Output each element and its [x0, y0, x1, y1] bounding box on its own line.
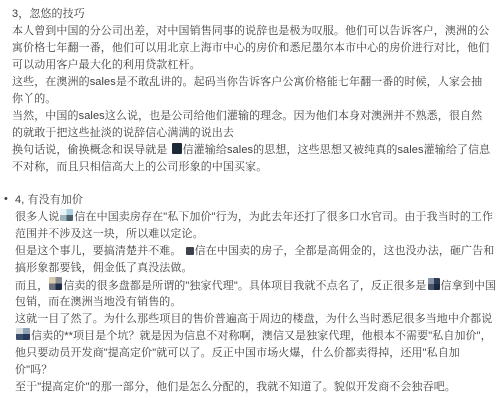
text-segment: 但是这个事儿，要搞清楚并不难。 — [15, 245, 185, 257]
text-segment: 寓价格七年翻一番，他们可以用北京上海市中心的房价和悉尼墨尔本市中心的房价进行对比… — [12, 42, 489, 54]
text-segment: 他只要动员开发商"提高定价"就可以了。反正中国市场火爆，什么价都卖得掉，还用"私… — [15, 347, 460, 359]
text-segment: 可以动用客户最大化的利用贷款杠杆。 — [12, 59, 201, 71]
text-segment: 至于"提高定价"的那一部分，他们是怎么分配的，我就不知道了。貌似开发商不会独吞吧… — [15, 381, 456, 393]
text-line: 当然，中国的sales这么说，也是公司给他们灌输的理念。因为他们本身对澳洲并不熟… — [12, 108, 499, 125]
text-line: 这些，在澳洲的sales是不敢乱讲的。起码当你告诉客户公寓价格能七年翻一番的时候… — [12, 74, 499, 91]
text-segment: 信卖的很多盘都是所谓的"独家代理"。具体项目我就不点名了，反正很多是 — [63, 280, 426, 292]
text-segment: 当然，中国的sales这么说，也是公司给他们灌输的理念。因为他们本身对澳洲并不熟… — [12, 110, 482, 122]
text-segment: 信灌输给sales的思想，这些思想又被纯真的sales灌输给了信息 — [183, 144, 491, 156]
text-segment: 范围并不涉及这一块，所以难以定论。 — [15, 228, 204, 240]
section-title-line: 3，忽悠的技巧 — [12, 6, 499, 23]
article-text: 3，忽悠的技巧本人曾到中国的分公司出差，对中国销售同事的说辞也是极为叹服。他们可… — [0, 6, 499, 396]
redaction-block — [186, 247, 194, 255]
section-4: •4, 有没有加价很多人说信在中国卖房存在"私下加价"行为，为此去年还打了很多口… — [15, 192, 499, 396]
text-segment: 的就敢于把这些扯淡的说辞信心满满的说出去 — [12, 127, 234, 139]
list-bullet: • — [4, 193, 8, 205]
text-line: 不对称，而且只相信高大上的公司形象的中国买家。 — [12, 159, 499, 176]
text-segment: 信在中国卖的房子，全都是高佣金的，这也没办法，砸广告和 — [195, 245, 495, 257]
text-line: 可以动用客户最大化的利用贷款杠杆。 — [12, 57, 499, 74]
text-segment: 信在中国卖房存在"私下加价"行为，为此去年还打了很多口水官司。由于我当时的工作 — [74, 211, 493, 223]
section-3: 3，忽悠的技巧本人曾到中国的分公司出差，对中国销售同事的说辞也是极为叹服。他们可… — [12, 6, 499, 176]
text-line: 寓价格七年翻一番，他们可以用北京上海市中心的房价和悉尼墨尔本市中心的房价进行对比… — [12, 40, 499, 57]
text-line: 换句话说，偷换概念和误导就是 信灌输给sales的思想，这些思想又被纯真的sal… — [12, 142, 499, 159]
text-segment: 这些，在澳洲的sales是不敢乱讲的。起码当你告诉客户公寓价格能七年翻一番的时候… — [12, 76, 482, 88]
text-line: 本人曾到中国的分公司出差，对中国销售同事的说辞也是极为叹服。他们可以告诉客户，澳… — [12, 23, 499, 40]
text-segment: 4, 有没有加价 — [15, 194, 83, 206]
text-segment: 你丫的。 — [12, 93, 56, 105]
text-segment: 价"吗？ — [15, 364, 52, 376]
redaction-block — [428, 278, 440, 290]
text-line: 很多人说信在中国卖房存在"私下加价"行为，为此去年还打了很多口水官司。由于我当时… — [15, 209, 499, 226]
text-line: 搞形象都要钱，佣金低了真没法做。 — [15, 260, 499, 277]
text-segment: 包销，而在澳洲当地没有销售的。 — [15, 296, 182, 308]
text-segment: 信卖的**项目是个坑？就是因为信息不对称啊，澳信又是独家代理，他根本不需要"私自… — [31, 330, 492, 342]
text-line: 你丫的。 — [12, 91, 499, 108]
text-segment: 不对称，而且只相信高大上的公司形象的中国买家。 — [12, 161, 267, 173]
text-segment: 换句话说，偷换概念和误导就是 — [12, 144, 171, 156]
text-segment: 信拿到中国 — [441, 280, 497, 292]
text-line: 价"吗？ — [15, 362, 499, 379]
text-line: 信卖的**项目是个坑？就是因为信息不对称啊，澳信又是独家代理，他根本不需要"私自… — [15, 328, 499, 345]
redaction-block — [60, 209, 73, 221]
text-line: 而且，信卖的很多盘都是所谓的"独家代理"。具体项目我就不点名了，反正很多是信拿到… — [15, 277, 499, 294]
text-segment: 本人曾到中国的分公司出差，对中国销售同事的说辞也是极为叹服。他们可以告诉客户，澳… — [12, 25, 489, 37]
text-segment: 搞形象都要钱，佣金低了真没法做。 — [15, 262, 193, 274]
text-line: 至于"提高定价"的那一部分，他们是怎么分配的，我就不知道了。貌似开发商不会独吞吧… — [15, 379, 499, 396]
text-line: 的就敢于把这些扯淡的说辞信心满满的说出去 — [12, 125, 499, 142]
text-line: 包销，而在澳洲当地没有销售的。 — [15, 294, 499, 311]
text-line: 但是这个事儿，要搞清楚并不难。 信在中国卖的房子，全都是高佣金的，这也没办法，砸… — [15, 243, 499, 260]
redaction-block — [172, 143, 182, 154]
text-segment: 很多人说 — [15, 211, 59, 223]
text-line: 他只要动员开发商"提高定价"就可以了。反正中国市场火爆，什么价都卖得掉，还用"私… — [15, 345, 499, 362]
text-segment: 而且， — [15, 280, 48, 292]
text-segment: 3，忽悠的技巧 — [12, 8, 85, 20]
text-line: 这就一目了然了。为什么那些项目的售价普遍高于周边的楼盘，为什么当时悉尼很多当地中… — [15, 311, 499, 328]
text-line: 范围并不涉及这一块，所以难以定论。 — [15, 226, 499, 243]
document-page: 3，忽悠的技巧本人曾到中国的分公司出差，对中国销售同事的说辞也是极为叹服。他们可… — [0, 0, 499, 411]
redaction-block — [16, 328, 30, 340]
section-title-line: 4, 有没有加价 — [15, 192, 499, 209]
text-segment: 这就一目了然了。为什么那些项目的售价普遍高于周边的楼盘，为什么当时悉尼很多当地中… — [15, 313, 492, 325]
redaction-block — [49, 277, 62, 290]
